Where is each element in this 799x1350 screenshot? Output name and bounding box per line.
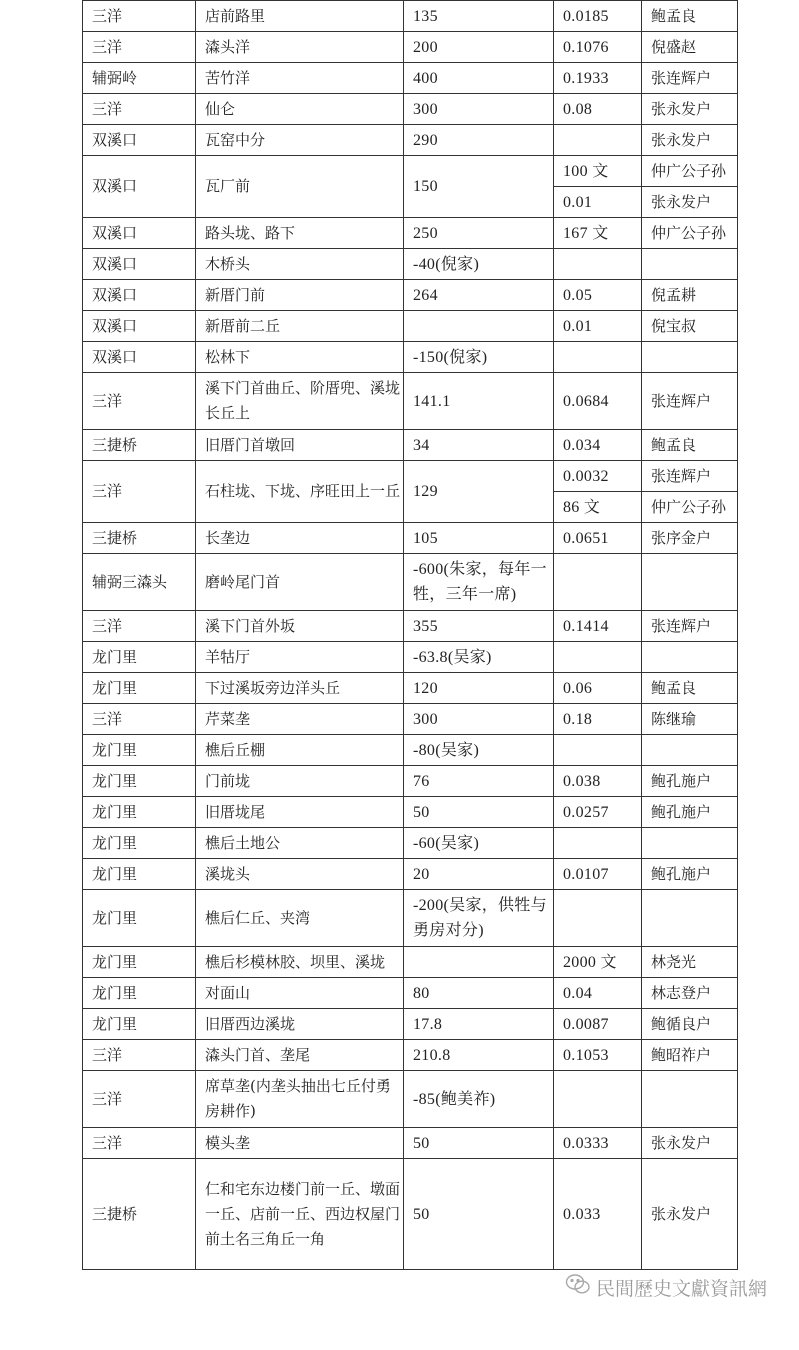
area-cell: 105 [404,523,554,554]
table-row: 龙门里下过溪坂旁边洋头丘1200.06鲍孟良 [83,673,738,704]
field-cell: 樵后仁丘、夹湾 [196,890,404,947]
field-cell: 仁和宅东边楼门前一丘、墩面一丘、店前一丘、西边权屋门前土名三角丘一角 [196,1159,404,1270]
area-cell: 264 [404,280,554,311]
tax-cell: 100 文 [554,156,642,187]
owner-cell: 张连辉户 [642,373,738,430]
watermark-text: 民間歷史文獻資訊網 [596,1274,767,1301]
field-cell: 模头垄 [196,1128,404,1159]
table-row: 三洋石柱垅、下垅、序旺田上一丘1290.0032张连辉户 [83,461,738,492]
owner-cell: 张连辉户 [642,611,738,642]
field-cell: 羊牯厅 [196,642,404,673]
place-cell: 双溪口 [83,311,196,342]
tax-cell: 0.06 [554,673,642,704]
area-cell: 135 [404,1,554,32]
place-cell: 龙门里 [83,642,196,673]
table-row: 龙门里樵后杉模林胶、坝里、溪垅2000 文林尧光 [83,947,738,978]
table-row: 三洋潹头洋2000.1076倪盛赵 [83,32,738,63]
tax-cell: 0.1053 [554,1040,642,1071]
area-cell: 355 [404,611,554,642]
area-cell: 76 [404,766,554,797]
area-cell: 210.8 [404,1040,554,1071]
area-cell: 80 [404,978,554,1009]
area-cell [404,311,554,342]
owner-cell: 鲍孔施户 [642,797,738,828]
place-cell: 三洋 [83,1071,196,1128]
tax-cell [554,554,642,611]
table-row: 双溪口松林下-150(倪家) [83,342,738,373]
tax-cell: 0.0107 [554,859,642,890]
table-row: 三捷桥长垄边1050.0651张序金户 [83,523,738,554]
field-cell: 瓦厂前 [196,156,404,218]
tax-cell: 0.1076 [554,32,642,63]
owner-cell: 张连辉户 [642,63,738,94]
area-cell: 300 [404,94,554,125]
table-row: 三洋席草垄(内垄头抽出七丘付勇房耕作)-85(鲍美祚) [83,1071,738,1128]
table-row: 双溪口新厝门前2640.05倪孟耕 [83,280,738,311]
place-cell: 龙门里 [83,947,196,978]
field-cell: 樵后杉模林胶、坝里、溪垅 [196,947,404,978]
tax-cell [554,249,642,280]
tax-cell: 0.0185 [554,1,642,32]
field-cell: 新厝门前 [196,280,404,311]
field-cell: 旧厝门首墩回 [196,430,404,461]
place-cell: 龙门里 [83,828,196,859]
place-cell: 双溪口 [83,156,196,218]
field-cell: 溪下门首外坂 [196,611,404,642]
tax-cell: 0.01 [554,187,642,218]
table-row: 龙门里溪垅头200.0107鲍孔施户 [83,859,738,890]
table-row: 三洋仙仑3000.08张永发户 [83,94,738,125]
place-cell: 龙门里 [83,978,196,1009]
owner-cell [642,642,738,673]
owner-cell: 张永发户 [642,125,738,156]
owner-cell: 仲广公子孙 [642,492,738,523]
place-cell: 三洋 [83,611,196,642]
owner-cell: 张永发户 [642,94,738,125]
place-cell: 双溪口 [83,342,196,373]
field-cell: 石柱垅、下垅、序旺田上一丘 [196,461,404,523]
area-cell: 250 [404,218,554,249]
place-cell: 双溪口 [83,280,196,311]
tax-cell [554,125,642,156]
area-cell: -200(吴家，供牲与勇房对分) [404,890,554,947]
field-cell: 店前路里 [196,1,404,32]
area-cell: 150 [404,156,554,218]
tax-cell: 0.034 [554,430,642,461]
place-cell: 三洋 [83,1040,196,1071]
table-row: 双溪口瓦厂前150100 文仲广公子孙 [83,156,738,187]
owner-cell: 张永发户 [642,1128,738,1159]
field-cell: 苦竹洋 [196,63,404,94]
place-cell: 三洋 [83,373,196,430]
owner-cell: 张序金户 [642,523,738,554]
tax-cell: 0.0257 [554,797,642,828]
area-cell: 290 [404,125,554,156]
field-cell: 对面山 [196,978,404,1009]
area-cell: 200 [404,32,554,63]
place-cell: 三洋 [83,461,196,523]
owner-cell: 鲍循良户 [642,1009,738,1040]
area-cell: 141.1 [404,373,554,430]
owner-cell [642,828,738,859]
owner-cell: 林志登户 [642,978,738,1009]
tax-cell: 0.18 [554,704,642,735]
place-cell: 三洋 [83,32,196,63]
tax-cell: 0.1414 [554,611,642,642]
wechat-icon [565,1273,591,1302]
table-row: 龙门里羊牯厅-63.8(吴家) [83,642,738,673]
ledger-body: 三洋店前路里1350.0185鲍孟良三洋潹头洋2000.1076倪盛赵辅弼岭苦竹… [83,1,738,1270]
owner-cell: 仲广公子孙 [642,156,738,187]
owner-cell: 张永发户 [642,1159,738,1270]
table-row: 龙门里樵后仁丘、夹湾-200(吴家，供牲与勇房对分) [83,890,738,947]
tax-cell: 0.0087 [554,1009,642,1040]
table-row: 三洋溪下门首外坂3550.1414张连辉户 [83,611,738,642]
owner-cell [642,554,738,611]
area-cell: 20 [404,859,554,890]
field-cell: 路头垅、路下 [196,218,404,249]
field-cell: 芹菜垄 [196,704,404,735]
field-cell: 下过溪坂旁边洋头丘 [196,673,404,704]
tax-cell: 0.0333 [554,1128,642,1159]
area-cell: 17.8 [404,1009,554,1040]
place-cell: 龙门里 [83,1009,196,1040]
field-cell: 旧厝西边溪垅 [196,1009,404,1040]
tax-cell: 167 文 [554,218,642,249]
tax-cell: 0.1933 [554,63,642,94]
table-row: 辅弼岭苦竹洋4000.1933张连辉户 [83,63,738,94]
owner-cell: 鲍孟良 [642,430,738,461]
owner-cell [642,249,738,280]
owner-cell [642,890,738,947]
place-cell: 龙门里 [83,890,196,947]
place-cell: 龙门里 [83,673,196,704]
field-cell: 仙仑 [196,94,404,125]
watermark: 民間歷史文獻資訊網 [565,1273,767,1302]
owner-cell: 张永发户 [642,187,738,218]
table-row: 三洋模头垄500.0333张永发户 [83,1128,738,1159]
place-cell: 龙门里 [83,735,196,766]
area-cell: 50 [404,1128,554,1159]
tax-cell [554,1071,642,1128]
owner-cell: 鲍孟良 [642,673,738,704]
field-cell: 木桥头 [196,249,404,280]
area-cell: -63.8(吴家) [404,642,554,673]
table-row: 三洋店前路里1350.0185鲍孟良 [83,1,738,32]
tax-cell: 0.038 [554,766,642,797]
field-cell: 席草垄(内垄头抽出七丘付勇房耕作) [196,1071,404,1128]
place-cell: 三捷桥 [83,523,196,554]
tax-cell: 0.0684 [554,373,642,430]
owner-cell: 鲍孟良 [642,1,738,32]
area-cell: 120 [404,673,554,704]
owner-cell: 倪盛赵 [642,32,738,63]
owner-cell [642,342,738,373]
owner-cell: 林尧光 [642,947,738,978]
field-cell: 松林下 [196,342,404,373]
place-cell: 双溪口 [83,218,196,249]
place-cell: 龙门里 [83,766,196,797]
field-cell: 樵后土地公 [196,828,404,859]
tax-cell: 86 文 [554,492,642,523]
table-row: 龙门里门前垅760.038鲍孔施户 [83,766,738,797]
area-cell: 129 [404,461,554,523]
tax-cell [554,342,642,373]
tax-cell [554,642,642,673]
owner-cell: 鲍孔施户 [642,766,738,797]
field-cell: 潹头洋 [196,32,404,63]
field-cell: 长垄边 [196,523,404,554]
land-ledger-table: 三洋店前路里1350.0185鲍孟良三洋潹头洋2000.1076倪盛赵辅弼岭苦竹… [82,0,738,1270]
area-cell: 50 [404,1159,554,1270]
place-cell: 辅弼三潹头 [83,554,196,611]
table-row: 龙门里对面山800.04林志登户 [83,978,738,1009]
field-cell: 磨岭尾门首 [196,554,404,611]
area-cell: -85(鲍美祚) [404,1071,554,1128]
table-row: 双溪口木桥头-40(倪家) [83,249,738,280]
owner-cell: 鲍昭祚户 [642,1040,738,1071]
field-cell: 樵后丘棚 [196,735,404,766]
table-row: 龙门里旧厝垅尾500.0257鲍孔施户 [83,797,738,828]
table-row: 三洋潹头门首、垄尾210.80.1053鲍昭祚户 [83,1040,738,1071]
place-cell: 辅弼岭 [83,63,196,94]
area-cell: 300 [404,704,554,735]
table-row: 三捷桥旧厝门首墩回340.034鲍孟良 [83,430,738,461]
place-cell: 三洋 [83,1,196,32]
tax-cell [554,828,642,859]
table-row: 辅弼三潹头磨岭尾门首-600(朱家，每年一牲，三年一席) [83,554,738,611]
place-cell: 三捷桥 [83,430,196,461]
tax-cell [554,735,642,766]
owner-cell: 倪宝叔 [642,311,738,342]
tax-cell: 0.01 [554,311,642,342]
owner-cell: 鲍孔施户 [642,859,738,890]
owner-cell [642,735,738,766]
tax-cell [554,890,642,947]
tax-cell: 0.05 [554,280,642,311]
owner-cell: 陈继瑜 [642,704,738,735]
table-row: 双溪口瓦窑中分290张永发户 [83,125,738,156]
field-cell: 新厝前二丘 [196,311,404,342]
area-cell: -40(倪家) [404,249,554,280]
place-cell: 双溪口 [83,125,196,156]
area-cell: 50 [404,797,554,828]
field-cell: 瓦窑中分 [196,125,404,156]
table-row: 龙门里旧厝西边溪垅17.80.0087鲍循良户 [83,1009,738,1040]
place-cell: 双溪口 [83,249,196,280]
area-cell: 400 [404,63,554,94]
table-row: 三捷桥仁和宅东边楼门前一丘、墩面一丘、店前一丘、西边权屋门前土名三角丘一角500… [83,1159,738,1270]
field-cell: 溪下门首曲丘、阶厝兜、溪垅长丘上 [196,373,404,430]
table-row: 三洋溪下门首曲丘、阶厝兜、溪垅长丘上141.10.0684张连辉户 [83,373,738,430]
place-cell: 三洋 [83,94,196,125]
area-cell: -600(朱家，每年一牲，三年一席) [404,554,554,611]
owner-cell [642,1071,738,1128]
area-cell [404,947,554,978]
table-row: 龙门里樵后丘棚-80(吴家) [83,735,738,766]
area-cell: -150(倪家) [404,342,554,373]
place-cell: 三捷桥 [83,1159,196,1270]
tax-cell: 0.0032 [554,461,642,492]
place-cell: 龙门里 [83,797,196,828]
tax-cell: 0.033 [554,1159,642,1270]
tax-cell: 0.04 [554,978,642,1009]
place-cell: 龙门里 [83,859,196,890]
tax-cell: 0.08 [554,94,642,125]
field-cell: 旧厝垅尾 [196,797,404,828]
area-cell: 34 [404,430,554,461]
table-row: 龙门里樵后土地公-60(吴家) [83,828,738,859]
place-cell: 三洋 [83,704,196,735]
owner-cell: 张连辉户 [642,461,738,492]
owner-cell: 倪孟耕 [642,280,738,311]
table-row: 双溪口路头垅、路下250167 文仲广公子孙 [83,218,738,249]
tax-cell: 2000 文 [554,947,642,978]
field-cell: 潹头门首、垄尾 [196,1040,404,1071]
field-cell: 门前垅 [196,766,404,797]
field-cell: 溪垅头 [196,859,404,890]
tax-cell: 0.0651 [554,523,642,554]
area-cell: -80(吴家) [404,735,554,766]
place-cell: 三洋 [83,1128,196,1159]
table-row: 三洋芹菜垄3000.18陈继瑜 [83,704,738,735]
owner-cell: 仲广公子孙 [642,218,738,249]
table-row: 双溪口新厝前二丘0.01倪宝叔 [83,311,738,342]
area-cell: -60(吴家) [404,828,554,859]
